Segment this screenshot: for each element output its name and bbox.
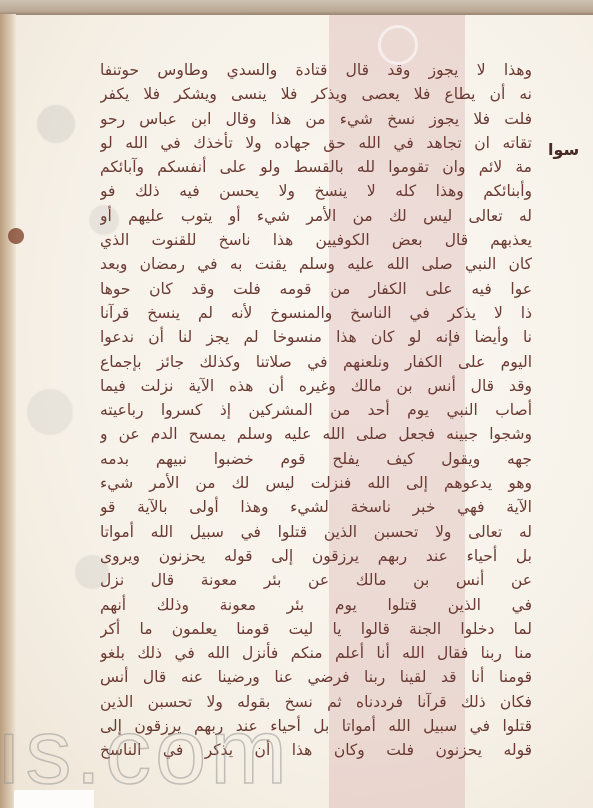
text-line: نا وأيضا فإنه لو كان هذا منسوخا لم يجز ل… <box>100 325 532 349</box>
text-line: فلت فلا يجوز نسخ شيء من هذا وقال ابن عبا… <box>100 107 532 131</box>
text-line: وأبنائكم وهذا كله لا ينسخ ولا يحسن فيه ذ… <box>100 179 532 203</box>
text-line: عن أنس بن مالك عن بئر معونة قال نزل <box>100 568 532 592</box>
book-spine <box>0 14 16 808</box>
text-line: نه أن يطاع فلا يعصى ويذكر فلا ينسى ويشكر… <box>100 82 532 106</box>
text-line: وشجوا جبينه فجعل صلى الله عليه وسلم يمسح… <box>100 422 532 446</box>
manuscript-text: وهذا لا يجوز وقد قال قتادة والسدي وطاوس … <box>100 58 532 763</box>
text-line: وهو يدعوهم إلى الله فنزلت ليس لك من الأم… <box>100 471 532 495</box>
text-line: منا ربنا فقال الله أنا أعلم منكم فأنزل ا… <box>100 641 532 665</box>
text-line: لما دخلوا الجنة قالوا يا ليت قومنا يعلمو… <box>100 617 532 641</box>
text-line: بل أحياء عند ربهم يرزقون إلى قوله يحزنون… <box>100 544 532 568</box>
text-line: يعذبهم قال بعض الكوفيين هذا ناسخ للقنوت … <box>100 228 532 252</box>
text-line: اليوم على الكفار ونلعنهم في صلاتنا وكذلك… <box>100 350 532 374</box>
text-line: ذا لا يذكر في الناسخ والمنسوخ لأنه لم ين… <box>100 301 532 325</box>
text-line: كان النبي صلى الله عليه وسلم يقنت به في … <box>100 252 532 276</box>
text-line: له تعالى ليس لك من الأمر شيء أو يتوب علي… <box>100 204 532 228</box>
text-line: قومنا أنا قد لقينا ربنا فرضي عنا ورضينا … <box>100 665 532 689</box>
text-line: عوا فيه على الكفار من قومه فلت وقد كان ح… <box>100 277 532 301</box>
text-line: له تعالى ولا تحسبن الذين قتلوا في سبيل ا… <box>100 520 532 544</box>
page-top-edge <box>0 0 593 16</box>
text-line: في الذين قتلوا يوم بئر معونة وذلك أنهم <box>100 593 532 617</box>
margin-note: سوا <box>548 140 579 159</box>
text-line: جهه ويقول كيف يفلح قوم خضبوا نبيهم بدمه <box>100 447 532 471</box>
text-line: الآية فهي خبر ناسخة لشيء وهذا أولى بالآي… <box>100 495 532 519</box>
site-watermark: ıs.com <box>0 706 291 798</box>
page-corner <box>14 790 94 808</box>
text-line: أصاب النبي يوم أحد من المشركين إذ كسروا … <box>100 398 532 422</box>
text-line: وقد قال أنس بن مالك وغيره أن هذه الآية ن… <box>100 374 532 398</box>
text-line: مة لائم وان تقوموا لله بالقسط ولو على أن… <box>100 155 532 179</box>
text-line: وهذا لا يجوز وقد قال قتادة والسدي وطاوس … <box>100 58 532 82</box>
text-line: تقاته ان تجاهد في الله حق جهاده ولا تأخذ… <box>100 131 532 155</box>
